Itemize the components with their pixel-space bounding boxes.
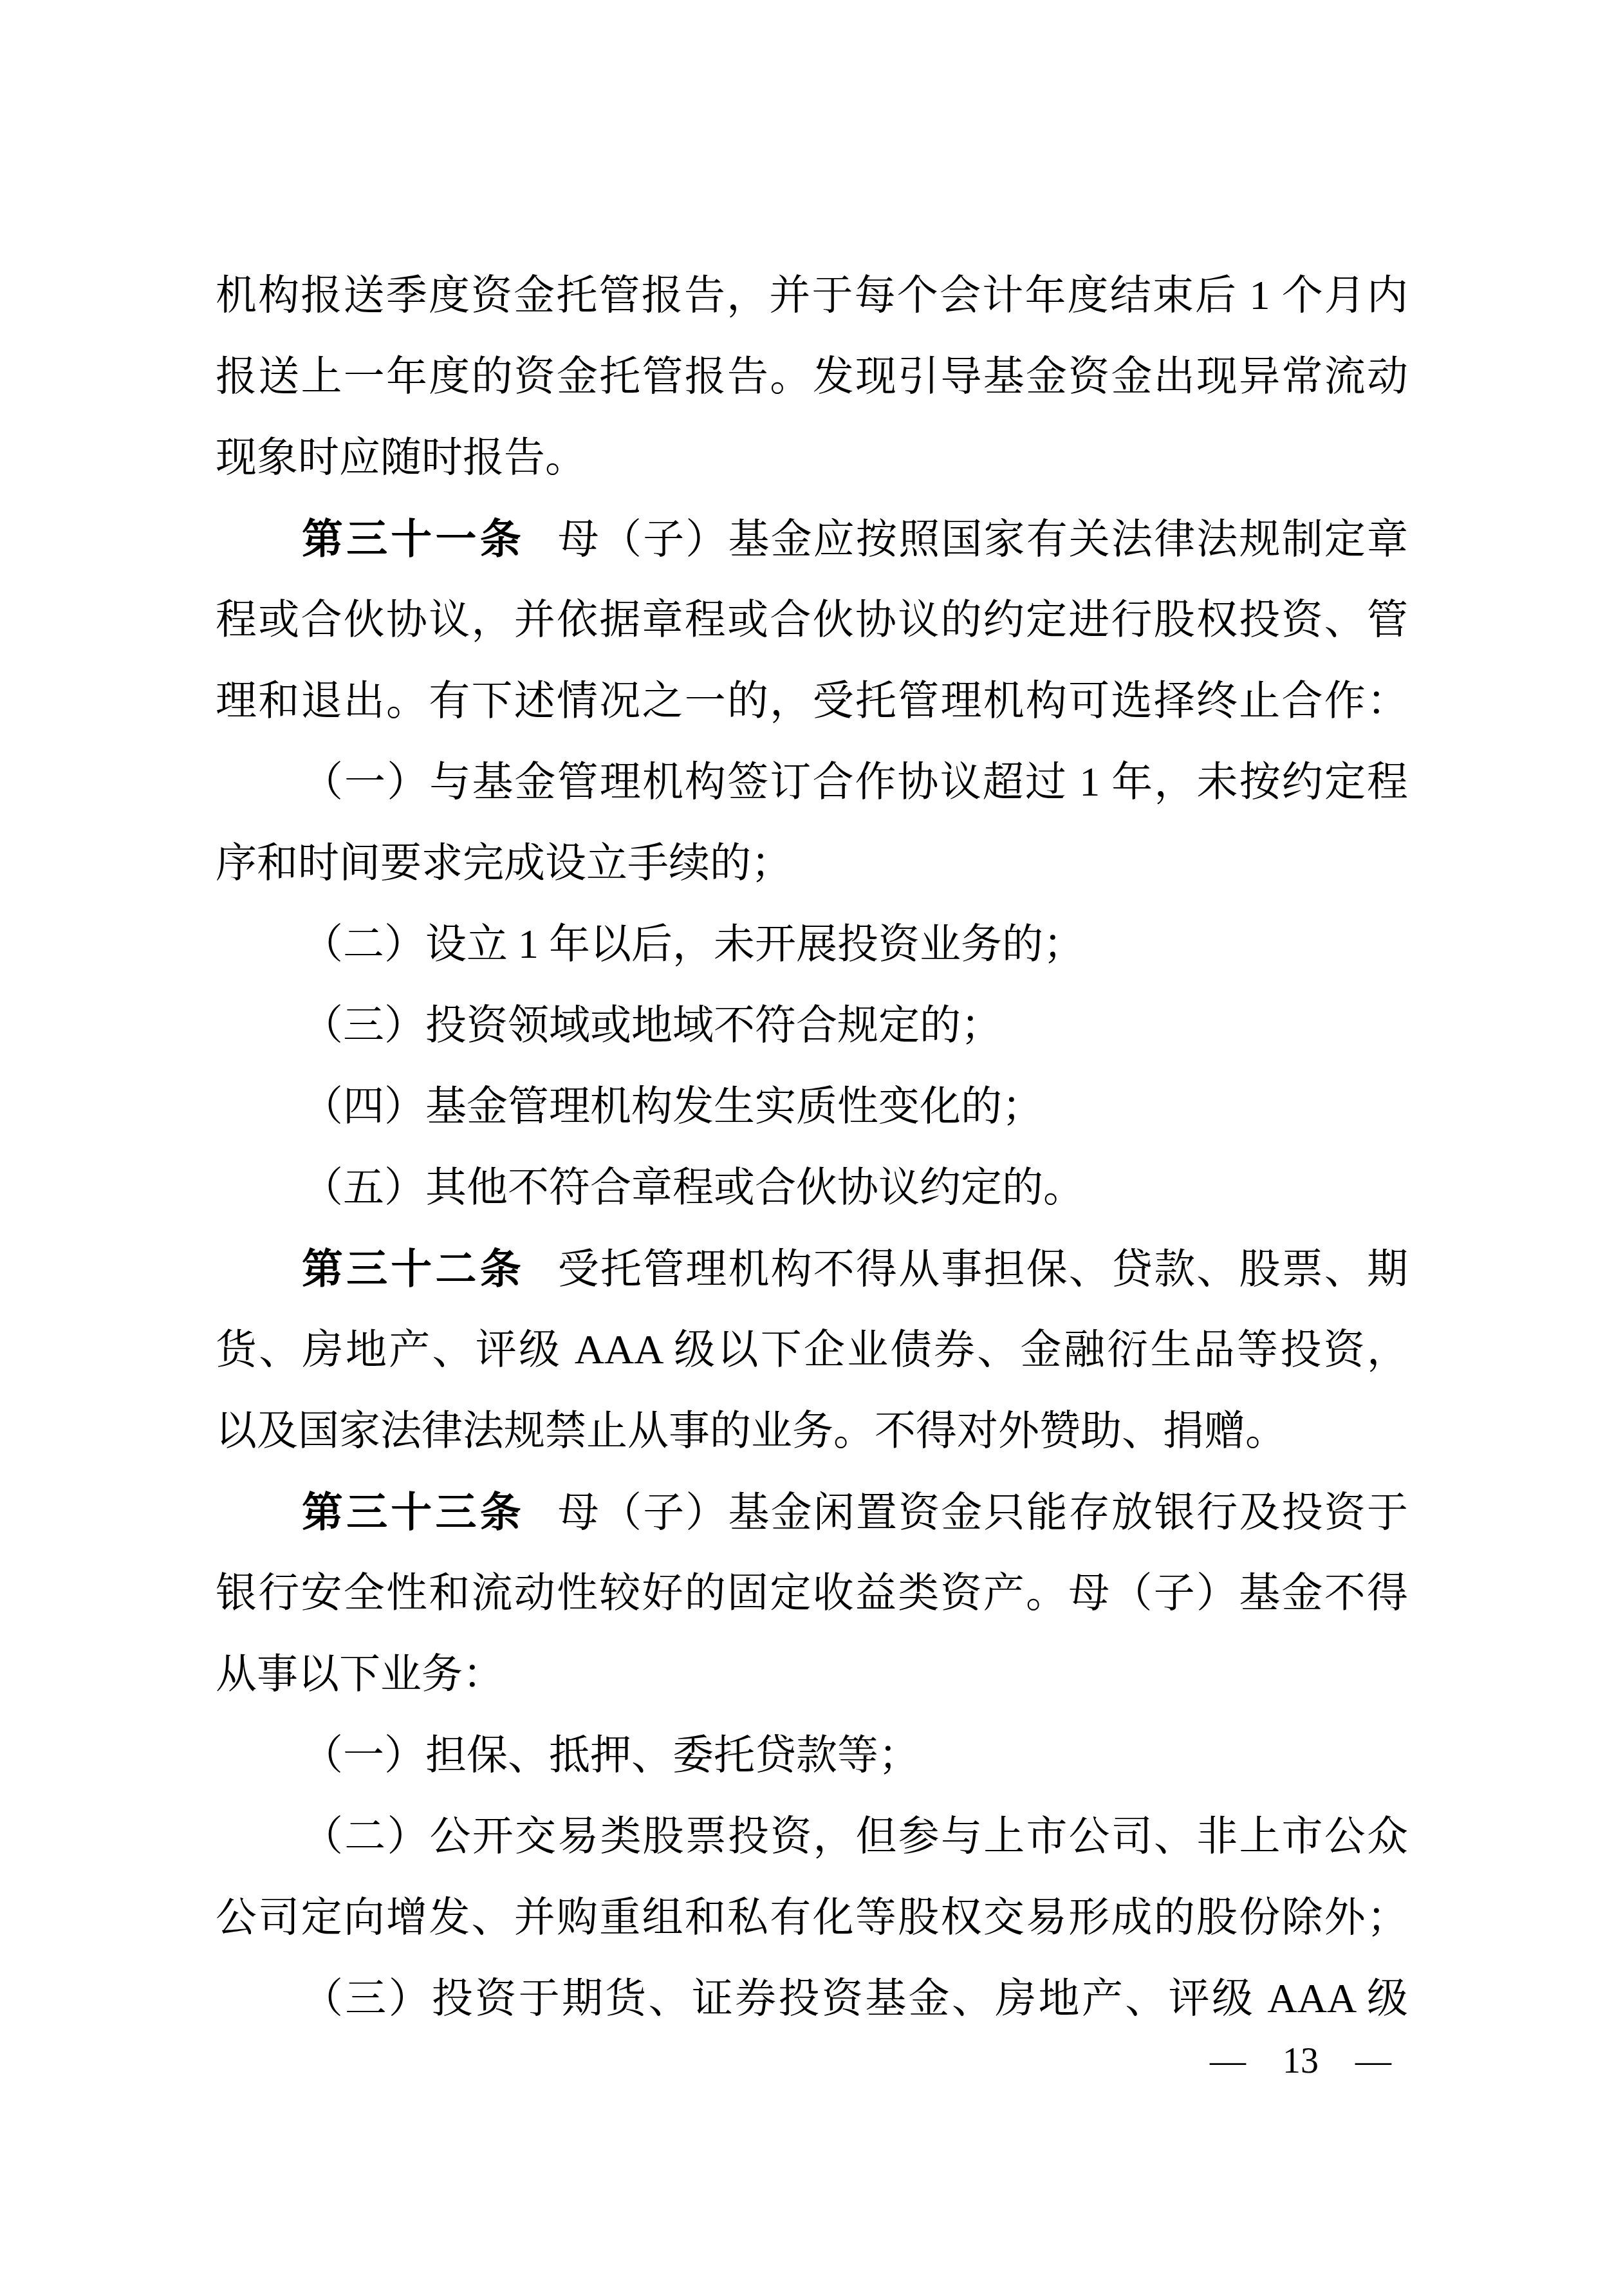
text-line: 报送上一年度的资金托管报告。发现引导基金资金出现异常流动	[216, 336, 1408, 417]
text-line: 公司定向增发、并购重组和私有化等股权交易形成的股份除外；	[216, 1877, 1408, 1958]
text-line: 序和时间要求完成设立手续的；	[216, 823, 1408, 904]
article-number: 第三十一条	[302, 516, 524, 562]
text-line: （一）担保、抵押、委托贷款等；	[216, 1715, 1408, 1796]
text-line: （四）基金管理机构发生实质性变化的；	[216, 1066, 1408, 1147]
text-line: （三）投资于期货、证券投资基金、房地产、评级 AAA 级	[216, 1958, 1408, 2039]
text-line: 现象时应随时报告。	[216, 417, 1408, 498]
text-line: 第三十二条受托管理机构不得从事担保、贷款、股票、期	[216, 1228, 1408, 1309]
text-line: 银行安全性和流动性较好的固定收益类资产。母（子）基金不得	[216, 1553, 1408, 1634]
text-line: （二）公开交易类股票投资，但参与上市公司、非上市公众	[216, 1796, 1408, 1877]
document-page: 机构报送季度资金托管报告，并于每个会计年度结束后 1 个月内报送上一年度的资金托…	[0, 0, 1623, 2296]
text-line: （五）其他不符合章程或合伙协议约定的。	[216, 1147, 1408, 1228]
text-line: 程或合伙协议，并依据章程或合伙协议的约定进行股权投资、管	[216, 579, 1408, 660]
text-line: 以及国家法律法规禁止从事的业务。不得对外赞助、捐赠。	[216, 1390, 1408, 1471]
text-line: 从事以下业务：	[216, 1634, 1408, 1715]
article-number: 第三十二条	[302, 1246, 524, 1292]
text-line: 货、房地产、评级 AAA 级以下企业债券、金融衍生品等投资，	[216, 1309, 1408, 1390]
page-number-value: 13	[1283, 2042, 1319, 2080]
document-body: 机构报送季度资金托管报告，并于每个会计年度结束后 1 个月内报送上一年度的资金托…	[216, 255, 1408, 2039]
page-number: — 13 —	[1210, 2042, 1391, 2080]
text-line: （二）设立 1 年以后，未开展投资业务的；	[216, 904, 1408, 985]
text-line: 第三十三条母（子）基金闲置资金只能存放银行及投资于	[216, 1471, 1408, 1553]
text-line: 理和退出。有下述情况之一的，受托管理机构可选择终止合作：	[216, 660, 1408, 742]
footer-dash-left: —	[1210, 2042, 1246, 2080]
text-line: （三）投资领域或地域不符合规定的；	[216, 985, 1408, 1066]
footer-dash-right: —	[1355, 2042, 1391, 2080]
text-line: 机构报送季度资金托管报告，并于每个会计年度结束后 1 个月内	[216, 255, 1408, 336]
article-number: 第三十三条	[302, 1489, 524, 1535]
text-line: （一）与基金管理机构签订合作协议超过 1 年，未按约定程	[216, 742, 1408, 823]
text-line: 第三十一条母（子）基金应按照国家有关法律法规制定章	[216, 498, 1408, 579]
